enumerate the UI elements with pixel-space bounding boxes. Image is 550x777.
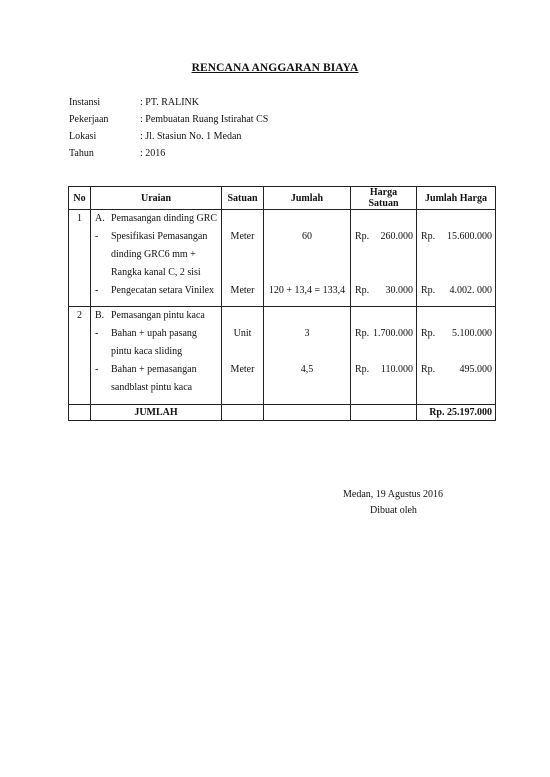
info-label: Tahun <box>69 148 139 159</box>
header-harga-satuan-line1: Harga <box>351 187 416 198</box>
item-line: Rangka kanal C, 2 sisi <box>111 264 201 282</box>
item-unit: Unit <box>222 325 263 343</box>
item-unit: Meter <box>222 282 263 300</box>
header-jumlah: Jumlah <box>264 187 351 210</box>
group-heading-text: Pemasangan dinding GRC <box>111 210 217 228</box>
item-bullet: - <box>91 228 111 246</box>
item-line: Spesifikasi Pemasangan <box>111 228 207 246</box>
total-row: JUMLAH Rp. 25.197.000 <box>69 405 496 421</box>
item-unit-price: Rp.110.000 <box>351 361 416 379</box>
group-heading: A. Pemasangan dinding GRC <box>91 210 221 228</box>
signature-place-date: Medan, 19 Agustus 2016 <box>343 489 443 500</box>
item-total-price: Rp.4.002. 000 <box>417 282 495 300</box>
total-label: JUMLAH <box>91 405 222 421</box>
header-jumlah-harga: Jumlah Harga <box>417 187 496 210</box>
item-description: - Spesifikasi Pemasangan <box>91 228 221 246</box>
row-number: 2 <box>69 307 90 325</box>
document-title: RENCANA ANGGARAN BIAYA <box>0 62 550 74</box>
item-unit: Meter <box>222 228 263 246</box>
info-label: Instansi <box>69 97 139 108</box>
item-quantity: 60 <box>264 228 350 246</box>
signature-made-by: Dibuat oleh <box>370 505 417 516</box>
item-total-price: Rp.15.600.000 <box>417 228 495 246</box>
header-harga-satuan-line2: Satuan <box>351 198 416 209</box>
item-line: Bahan + upah pasang <box>111 325 197 343</box>
item-unit-price: Rp.260.000 <box>351 228 416 246</box>
info-value: : Jl. Stasiun No. 1 Medan <box>140 131 241 142</box>
info-value: : Pembuatan Ruang Istirahat CS <box>140 114 268 125</box>
info-label: Pekerjaan <box>69 114 139 125</box>
item-description: - Pengecatan setara Vinilex <box>91 282 221 300</box>
header-uraian: Uraian <box>91 187 222 210</box>
item-line: Pengecatan setara Vinilex <box>111 282 214 300</box>
group-mark: B. <box>91 307 111 325</box>
group-heading: B. Pemasangan pintu kaca <box>91 307 221 325</box>
info-value: : PT. RALINK <box>140 97 199 108</box>
table-header-row: No Uraian Satuan Jumlah Harga Satuan Jum… <box>69 187 496 210</box>
item-total-price: Rp.5.100.000 <box>417 325 495 343</box>
item-unit-price: Rp.30.000 <box>351 282 416 300</box>
total-value: Rp. 25.197.000 <box>417 405 496 421</box>
item-unit-price: Rp.1.700.000 <box>351 325 416 343</box>
table-row: 2 B. Pemasangan pintu kaca - Bahan + upa… <box>69 307 496 405</box>
item-bullet: - <box>91 361 111 379</box>
item-quantity: 4,5 <box>264 361 350 379</box>
info-label: Lokasi <box>69 131 139 142</box>
item-line: dinding GRC6 mm + <box>111 246 196 264</box>
table-row: 1 A. Pemasangan dinding GRC - Spesifikas… <box>69 210 496 307</box>
item-bullet: - <box>91 325 111 343</box>
item-line: sandblast pintu kaca <box>111 379 192 397</box>
item-description: - Bahan + pemasangan <box>91 361 221 379</box>
budget-table: No Uraian Satuan Jumlah Harga Satuan Jum… <box>68 186 496 421</box>
info-value: : 2016 <box>140 148 165 159</box>
item-total-price: Rp.495.000 <box>417 361 495 379</box>
group-mark: A. <box>91 210 111 228</box>
header-no: No <box>69 187 91 210</box>
item-quantity: 3 <box>264 325 350 343</box>
item-line: Bahan + pemasangan <box>111 361 197 379</box>
header-harga-satuan: Harga Satuan <box>351 187 417 210</box>
row-number: 1 <box>69 210 90 228</box>
item-unit: Meter <box>222 361 263 379</box>
item-bullet: - <box>91 282 111 300</box>
header-satuan: Satuan <box>222 187 264 210</box>
group-heading-text: Pemasangan pintu kaca <box>111 307 205 325</box>
item-quantity: 120 + 13,4 = 133,4 <box>264 282 350 300</box>
item-line: pintu kaca sliding <box>111 343 182 361</box>
item-description: - Bahan + upah pasang <box>91 325 221 343</box>
